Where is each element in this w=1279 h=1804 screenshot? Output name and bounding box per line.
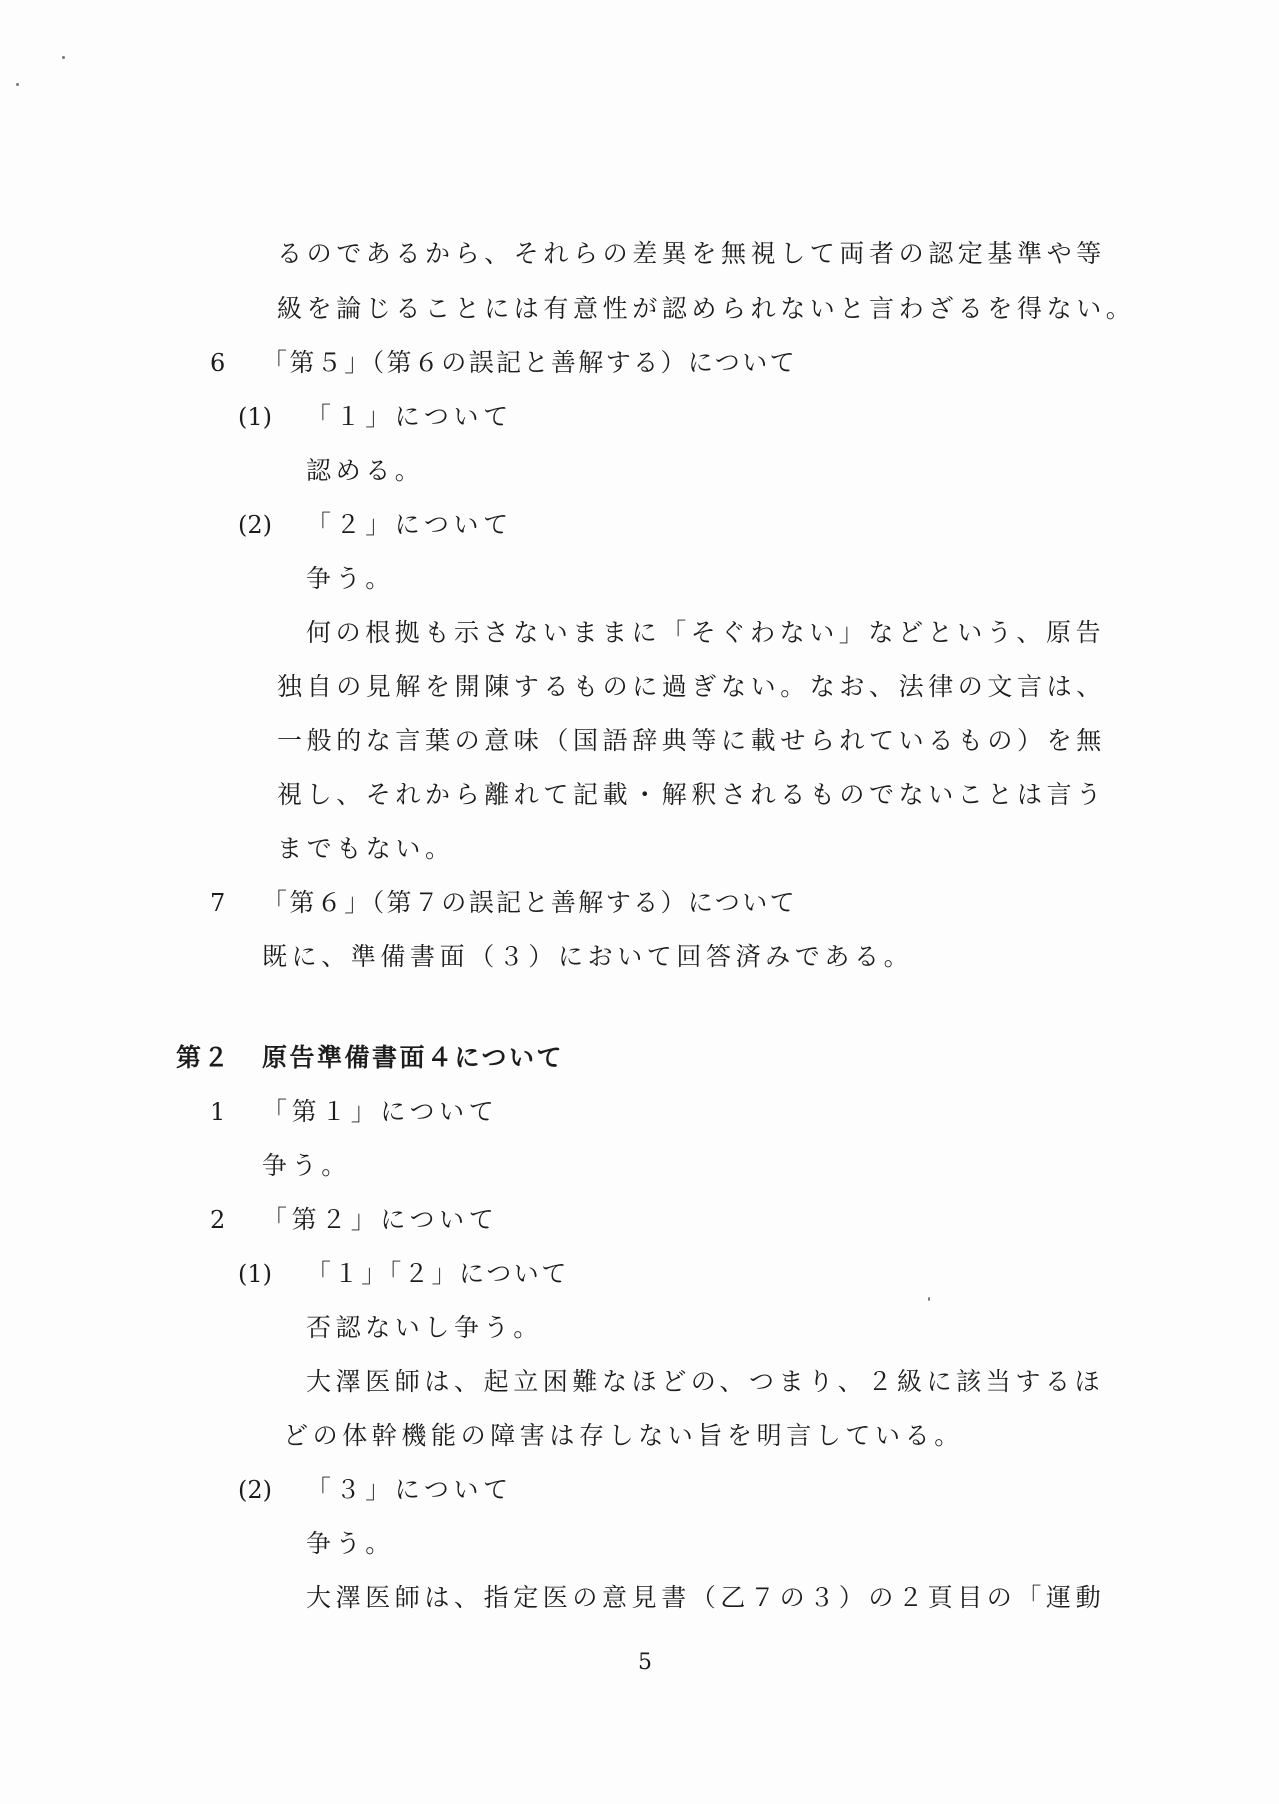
scan-speck bbox=[928, 1297, 930, 1301]
page-number: 5 bbox=[638, 1649, 652, 1677]
paragraph-line: 争う。 bbox=[306, 1528, 395, 1560]
paragraph-line: 級を論じることには有意性が認められないと言わざるを得ない。 bbox=[277, 293, 1135, 325]
paragraph-line: 独自の見解を開陳するものに過ぎない。なお、法律の文言は、 bbox=[277, 671, 1106, 703]
scan-speck bbox=[16, 83, 19, 86]
item-number: 2 bbox=[210, 1204, 225, 1236]
paragraph-line: 何の根拠も示さないままに「そぐわない」などという、原告 bbox=[306, 617, 1105, 649]
paragraph-line: 大澤医師は、指定医の意見書（乙７の３）の２頁目の「運動 bbox=[306, 1582, 1105, 1614]
subitem-number: (2) bbox=[238, 509, 272, 541]
subitem-number: (2) bbox=[238, 1474, 272, 1506]
section-heading: 原告準備書面４について bbox=[262, 1042, 564, 1074]
item-number: 7 bbox=[210, 887, 225, 919]
subitem-number: (1) bbox=[238, 401, 272, 433]
document-page: るのであるから、それらの差異を無視して両者の認定基準や等 級を論じることには有意… bbox=[0, 0, 1279, 1804]
item-heading: 「第２」について bbox=[262, 1204, 498, 1236]
paragraph-line: 既に、準備書面（３）において回答済みである。 bbox=[262, 941, 913, 973]
paragraph-line: 否認ないし争う。 bbox=[306, 1312, 543, 1344]
paragraph-line: 視し、それから離れて記載・解釈されるものでないことは言う bbox=[277, 779, 1106, 811]
subitem-heading: 「１」について bbox=[306, 401, 513, 433]
paragraph-line: 一般的な言葉の意味（国語辞典等に載せられているもの）を無 bbox=[277, 725, 1106, 757]
paragraph-line: 大澤医師は、起立困難なほどの、つまり、２級に該当するほ bbox=[306, 1366, 1104, 1398]
section-number: 第２ bbox=[176, 1042, 231, 1074]
item-heading: 「第５」（第６の誤記と善解する）について bbox=[262, 347, 797, 379]
subitem-number: (1) bbox=[238, 1258, 272, 1290]
paragraph-line: までもない。 bbox=[277, 833, 455, 865]
paragraph-line: 争う。 bbox=[306, 563, 395, 595]
subitem-heading: 「１」「２」について bbox=[306, 1258, 569, 1290]
scan-speck bbox=[62, 56, 65, 59]
item-heading: 「第６」（第７の誤記と善解する）について bbox=[262, 887, 797, 919]
item-number: 1 bbox=[210, 1096, 225, 1128]
item-heading: 「第１」について bbox=[262, 1096, 498, 1128]
item-number: 6 bbox=[210, 347, 225, 379]
subitem-heading: 「２」について bbox=[306, 509, 513, 541]
paragraph-line: どの体幹機能の障害は存しない旨を明言している。 bbox=[283, 1420, 964, 1452]
paragraph-line: るのであるから、それらの差異を無視して両者の認定基準や等 bbox=[277, 238, 1106, 270]
paragraph-line: 争う。 bbox=[262, 1150, 351, 1182]
subitem-heading: 「３」について bbox=[306, 1474, 513, 1506]
paragraph-line: 認める。 bbox=[306, 455, 424, 487]
